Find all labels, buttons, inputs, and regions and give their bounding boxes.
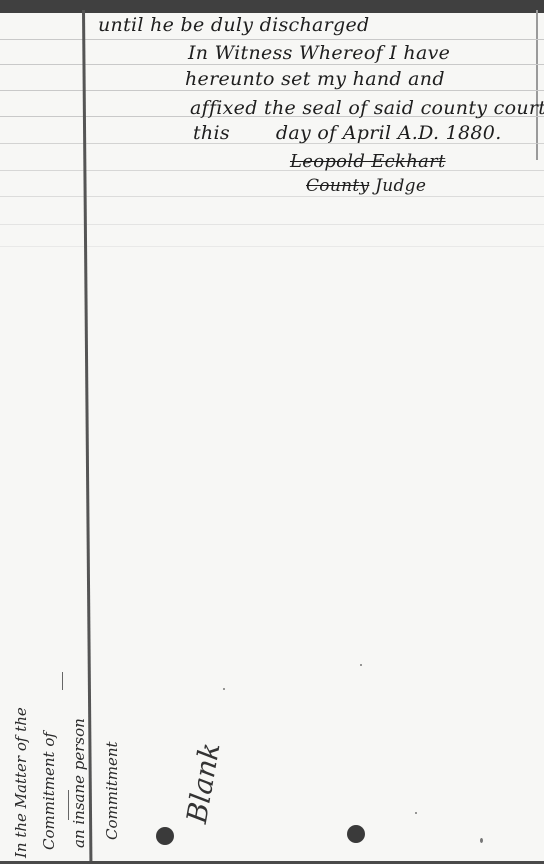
text-line-4: affixed the seal of said county court [190,97,544,119]
signature-title: County Judge [306,176,426,196]
document-page: until he be duly discharged In Witness W… [0,0,544,864]
ink-speck [480,838,483,843]
text-line-2: In Witness Whereof I have [188,42,450,64]
text-line-1: until he be duly discharged [98,14,369,36]
margin-note-2: Commitment of [40,732,58,850]
punch-hole-left [156,827,174,845]
scan-right-edge [536,10,538,160]
margin-dash [68,790,69,820]
signature-title-word: Judge [375,176,426,196]
ruled-line [0,224,544,225]
signature-title-prefix: County [306,176,369,196]
margin-note-1: In the Matter of the [12,707,30,858]
text-line-3: hereunto set my hand and [185,68,445,90]
ruled-line [0,196,544,197]
ink-speck [415,812,417,814]
ink-speck [223,688,225,690]
margin-note-3: an insane person [70,718,88,848]
text-line-5-start: this [193,122,230,144]
ruled-line [0,170,544,171]
ruled-line [0,90,544,91]
margin-dash [62,672,63,690]
blank-annotation: Blank [180,740,227,826]
punch-hole-right [347,825,365,843]
ink-speck [360,664,362,666]
ruled-line [0,246,544,247]
margin-note-4: Commitment [103,741,121,840]
signature-name: Leopold Eckhart [290,151,446,172]
text-line-5: thisday of April A.D. 1880. [193,122,502,144]
text-line-5-end: day of April A.D. 1880. [276,122,502,144]
